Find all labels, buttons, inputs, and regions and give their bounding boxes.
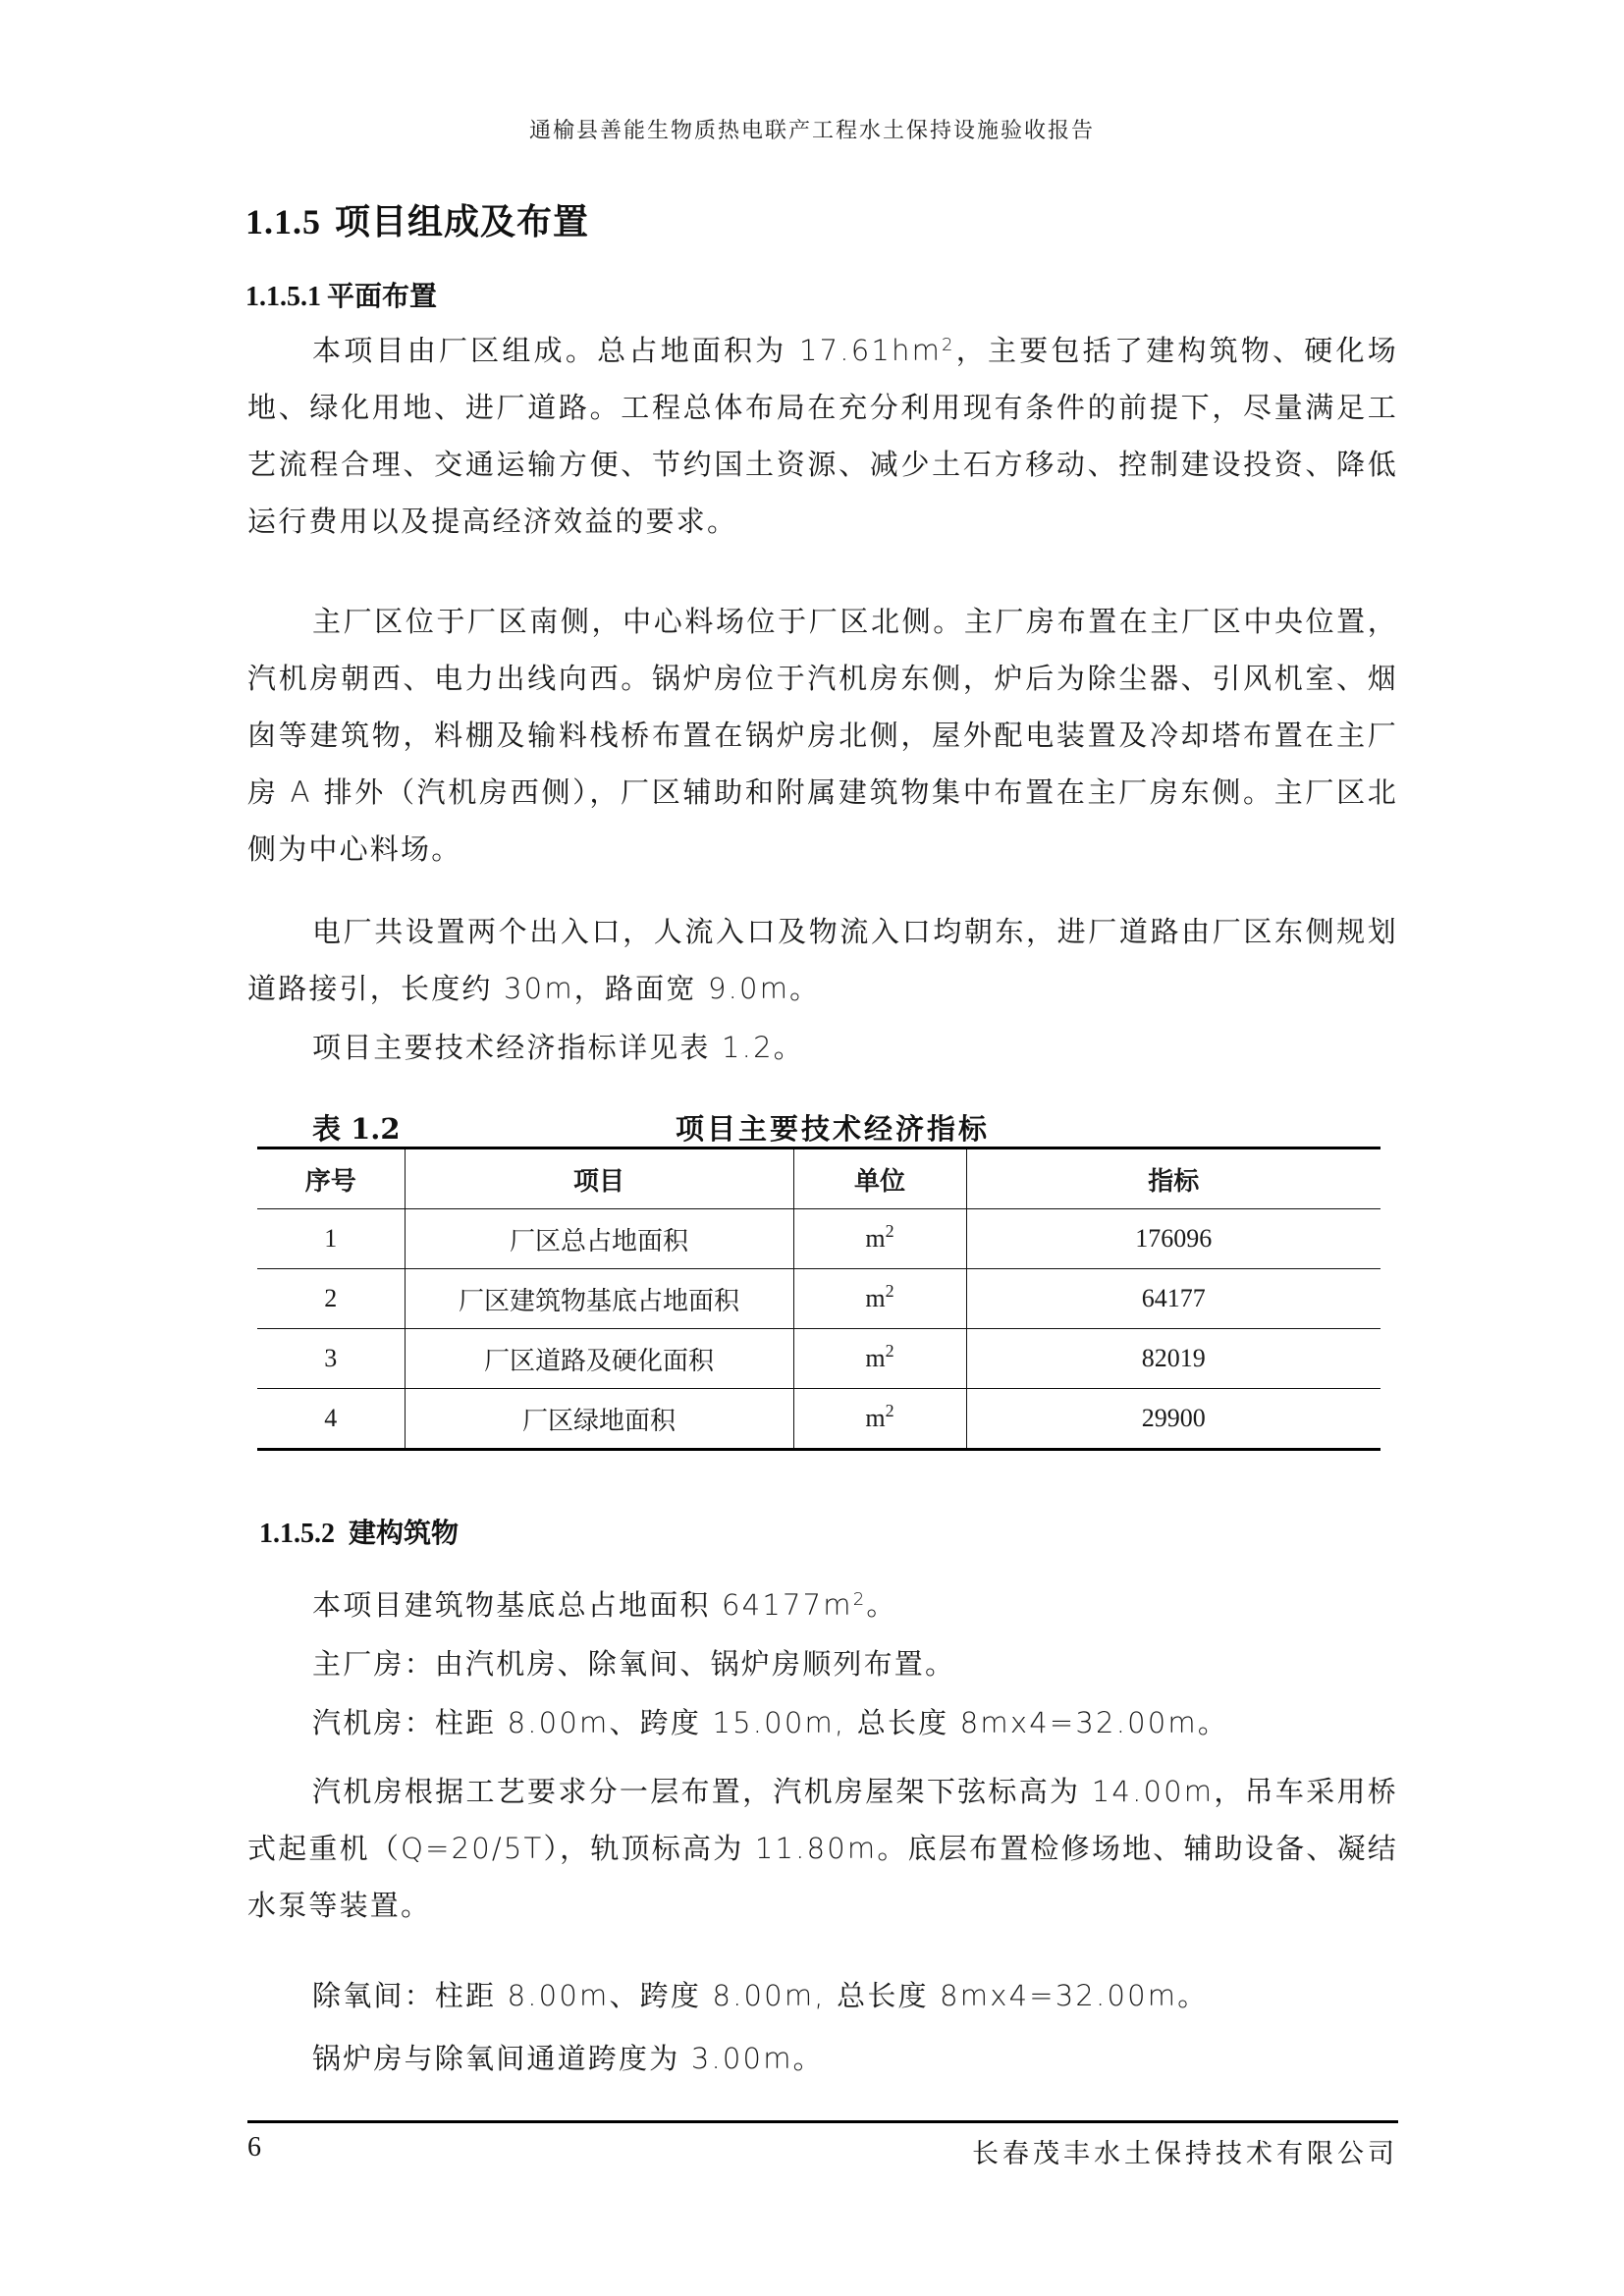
paragraph-deaerator: 除氧间：柱距 8.00m、跨度 8.00m, 总长度 8mx4=32.00m。	[247, 1967, 1398, 2024]
indicators-table: 序号 项目 单位 指标 1 厂区总占地面积 m2 176096 2 厂区建筑物基…	[257, 1147, 1380, 1451]
footer-company: 长春茂丰水土保持技术有限公司	[972, 2132, 1398, 2170]
cell-item: 厂区绿地面积	[405, 1389, 793, 1450]
col-header-value: 指标	[966, 1148, 1380, 1209]
cell-value: 176096	[966, 1209, 1380, 1269]
cell-item: 厂区总占地面积	[405, 1209, 793, 1269]
paragraph-layout: 主厂区位于厂区南侧，中心料场位于厂区北侧。主厂房布置在主厂区中央位置，汽机房朝西…	[247, 593, 1398, 878]
footer-divider	[247, 2120, 1398, 2123]
table-header-row: 序号 项目 单位 指标	[257, 1148, 1380, 1209]
text-run: 本项目由厂区组成。总占地面积为 17.61hm	[312, 334, 942, 367]
subsection-heading-2: 1.1.5.2建构筑物	[259, 1512, 459, 1551]
cell-no: 1	[257, 1209, 405, 1269]
cell-value: 29900	[966, 1389, 1380, 1450]
subsection-title: 建构筑物	[349, 1517, 459, 1549]
subsection-heading-1: 1.1.5.1平面布置	[245, 275, 437, 314]
cell-no: 4	[257, 1389, 405, 1450]
paragraph-turbine-hall: 汽机房：柱距 8.00m、跨度 15.00m, 总长度 8mx4=32.00m。	[247, 1694, 1398, 1751]
col-header-item: 项目	[405, 1148, 793, 1209]
section-heading: 1.1.5项目组成及布置	[245, 194, 589, 244]
paragraph-turbine-layout: 汽机房根据工艺要求分一层布置，汽机房屋架下弦标高为 14.00m，吊车采用桥式起…	[247, 1763, 1398, 1934]
table-label: 表 1.2	[312, 1107, 401, 1148]
subsection-number: 1.1.5.1	[245, 282, 321, 312]
cell-unit: m2	[793, 1209, 966, 1269]
paragraph-table-ref: 项目主要技术经济指标详见表 1.2。	[247, 1019, 1398, 1076]
text-run: 本项目建筑物基底总占地面积 64177m	[312, 1588, 853, 1622]
table-row: 2 厂区建筑物基底占地面积 m2 64177	[257, 1269, 1380, 1329]
paragraph-main-building: 主厂房：由汽机房、除氧间、锅炉房顺列布置。	[247, 1635, 1398, 1692]
paragraph-building-area: 本项目建筑物基底总占地面积 64177m2。	[247, 1576, 1398, 1633]
paragraph-passage: 锅炉房与除氧间通道跨度为 3.00m。	[247, 2030, 1398, 2087]
page-number: 6	[247, 2132, 261, 2163]
cell-unit: m2	[793, 1389, 966, 1450]
superscript: 2	[942, 335, 955, 355]
text-run: 。	[866, 1588, 896, 1622]
cell-unit: m2	[793, 1269, 966, 1329]
cell-unit: m2	[793, 1329, 966, 1389]
cell-item: 厂区道路及硬化面积	[405, 1329, 793, 1389]
cell-no: 3	[257, 1329, 405, 1389]
col-header-no: 序号	[257, 1148, 405, 1209]
table-title: 项目主要技术经济指标	[676, 1107, 990, 1148]
cell-item: 厂区建筑物基底占地面积	[405, 1269, 793, 1329]
subsection-number: 1.1.5.2	[259, 1519, 335, 1549]
cell-value: 64177	[966, 1269, 1380, 1329]
subsection-title: 平面布置	[327, 280, 437, 312]
cell-no: 2	[257, 1269, 405, 1329]
table-row: 3 厂区道路及硬化面积 m2 82019	[257, 1329, 1380, 1389]
cell-value: 82019	[966, 1329, 1380, 1389]
paragraph-site-area: 本项目由厂区组成。总占地面积为 17.61hm2，主要包括了建构筑物、硬化场地、…	[247, 322, 1398, 550]
paragraph-entrances: 电厂共设置两个出入口，人流入口及物流入口均朝东，进厂道路由厂区东侧规划道路接引，…	[247, 903, 1398, 1017]
section-number: 1.1.5	[245, 202, 321, 241]
running-header: 通榆县善能生物质热电联产工程水土保持设施验收报告	[0, 114, 1624, 144]
table-row: 1 厂区总占地面积 m2 176096	[257, 1209, 1380, 1269]
table-row: 4 厂区绿地面积 m2 29900	[257, 1389, 1380, 1450]
superscript: 2	[853, 1589, 867, 1610]
col-header-unit: 单位	[793, 1148, 966, 1209]
section-title: 项目组成及布置	[335, 201, 589, 242]
